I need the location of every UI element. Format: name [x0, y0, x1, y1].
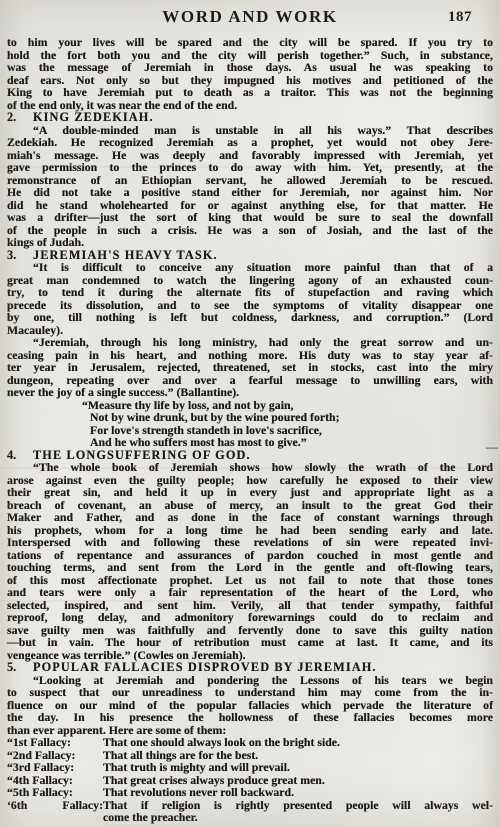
- section-heading: 5.POPULAR FALLACIES DISPROVED BY JEREMIA…: [7, 661, 493, 674]
- section-heading: 2.KING ZEDEKIAH.: [7, 111, 493, 124]
- text-line: was the message of Jeremiah in those day…: [7, 61, 493, 74]
- page-header: WORD AND WORK 187: [0, 7, 500, 31]
- poem: “Measure thy life by loss, and not by ga…: [7, 399, 493, 449]
- scan-artifact-dash: —: [486, 440, 498, 455]
- text-line: “It is difficult to conceive any situati…: [7, 261, 493, 274]
- fallacy-label: “1st Fallacy:: [7, 736, 103, 749]
- text-line: reproof, long delay, and admonitory fore…: [7, 611, 493, 624]
- text-line: to suspect that our unreadiness to under…: [7, 686, 493, 699]
- text-line: the day. In his presence the hollowness …: [7, 711, 493, 724]
- paragraph: to him your lives will be spared and the…: [7, 36, 493, 111]
- fallacy-continuation: come the preacher.: [7, 811, 493, 824]
- text-line: —but in vain. The hour of retribution mu…: [7, 636, 493, 649]
- text-line: gave permission to the princes to do awa…: [7, 161, 493, 174]
- section-number: 2.: [7, 111, 33, 124]
- text-line: He did not take a positive stand either …: [7, 186, 493, 199]
- section-number: 3.: [7, 249, 33, 262]
- text-line: “Jeremiah, through his long ministry, ha…: [7, 336, 493, 349]
- page-number: 187: [448, 9, 472, 26]
- text-line: touching terms, and sent from the Lord i…: [7, 561, 493, 574]
- text-line: never the joy of a single success.” (Bal…: [7, 386, 493, 399]
- fallacy-item: ‘6th Fallacy:That if religion is rightly…: [7, 799, 493, 812]
- fallacy-label: ‘6th Fallacy:: [7, 799, 103, 812]
- text-line: Zedekiah. He recognized Jeremiah as a pr…: [7, 136, 493, 149]
- paragraph: “A double-minded man is unstable in all …: [7, 124, 493, 249]
- publication-title: WORD AND WORK: [0, 7, 500, 27]
- section-number: 5.: [7, 661, 33, 674]
- paragraph: “Jeremiah, through his long ministry, ha…: [7, 336, 493, 399]
- section-title: KING ZEDEKIAH.: [33, 110, 154, 124]
- paragraph: “It is difficult to conceive any situati…: [7, 261, 493, 336]
- text-line: and tears were only a fair representatio…: [7, 586, 493, 599]
- paragraph: “Looking at Jeremiah and pondering the L…: [7, 674, 493, 737]
- text-line: “The whole book of Jeremiah shows how sl…: [7, 461, 493, 474]
- fallacy-label: “3rd Fallacy:: [7, 761, 103, 774]
- text-line: was a drifter—just the sort of king that…: [7, 211, 493, 224]
- text-line: ter year in Jerusalem, rejected, threate…: [7, 361, 493, 374]
- page-content: to him your lives will be spared and the…: [7, 36, 493, 824]
- text-line: by one, till nothing is left but coldnes…: [7, 311, 493, 324]
- text-line: try, to tend it during the alternate fit…: [7, 286, 493, 299]
- scanned-document-page: WORD AND WORK 187 to him your lives will…: [0, 0, 500, 827]
- section-number: 4.: [7, 449, 33, 462]
- text-line: King to have Jeremiah put to death as a …: [7, 86, 493, 99]
- text-line: Interspersed with and following these re…: [7, 536, 493, 549]
- text-line: to him your lives will be spared and the…: [7, 36, 493, 49]
- section-title: POPULAR FALLACIES DISPROVED BY JEREMIAH.: [33, 660, 377, 674]
- fallacy-label: “5th Fallacy:: [7, 786, 103, 799]
- poem-line: Not by wine drunk, but by the wine poure…: [90, 411, 493, 424]
- text-line: Maker and Father, and as done in the fac…: [7, 511, 493, 524]
- text-line: their great sin, and held it up in every…: [7, 486, 493, 499]
- paragraph: “The whole book of Jeremiah shows how sl…: [7, 461, 493, 661]
